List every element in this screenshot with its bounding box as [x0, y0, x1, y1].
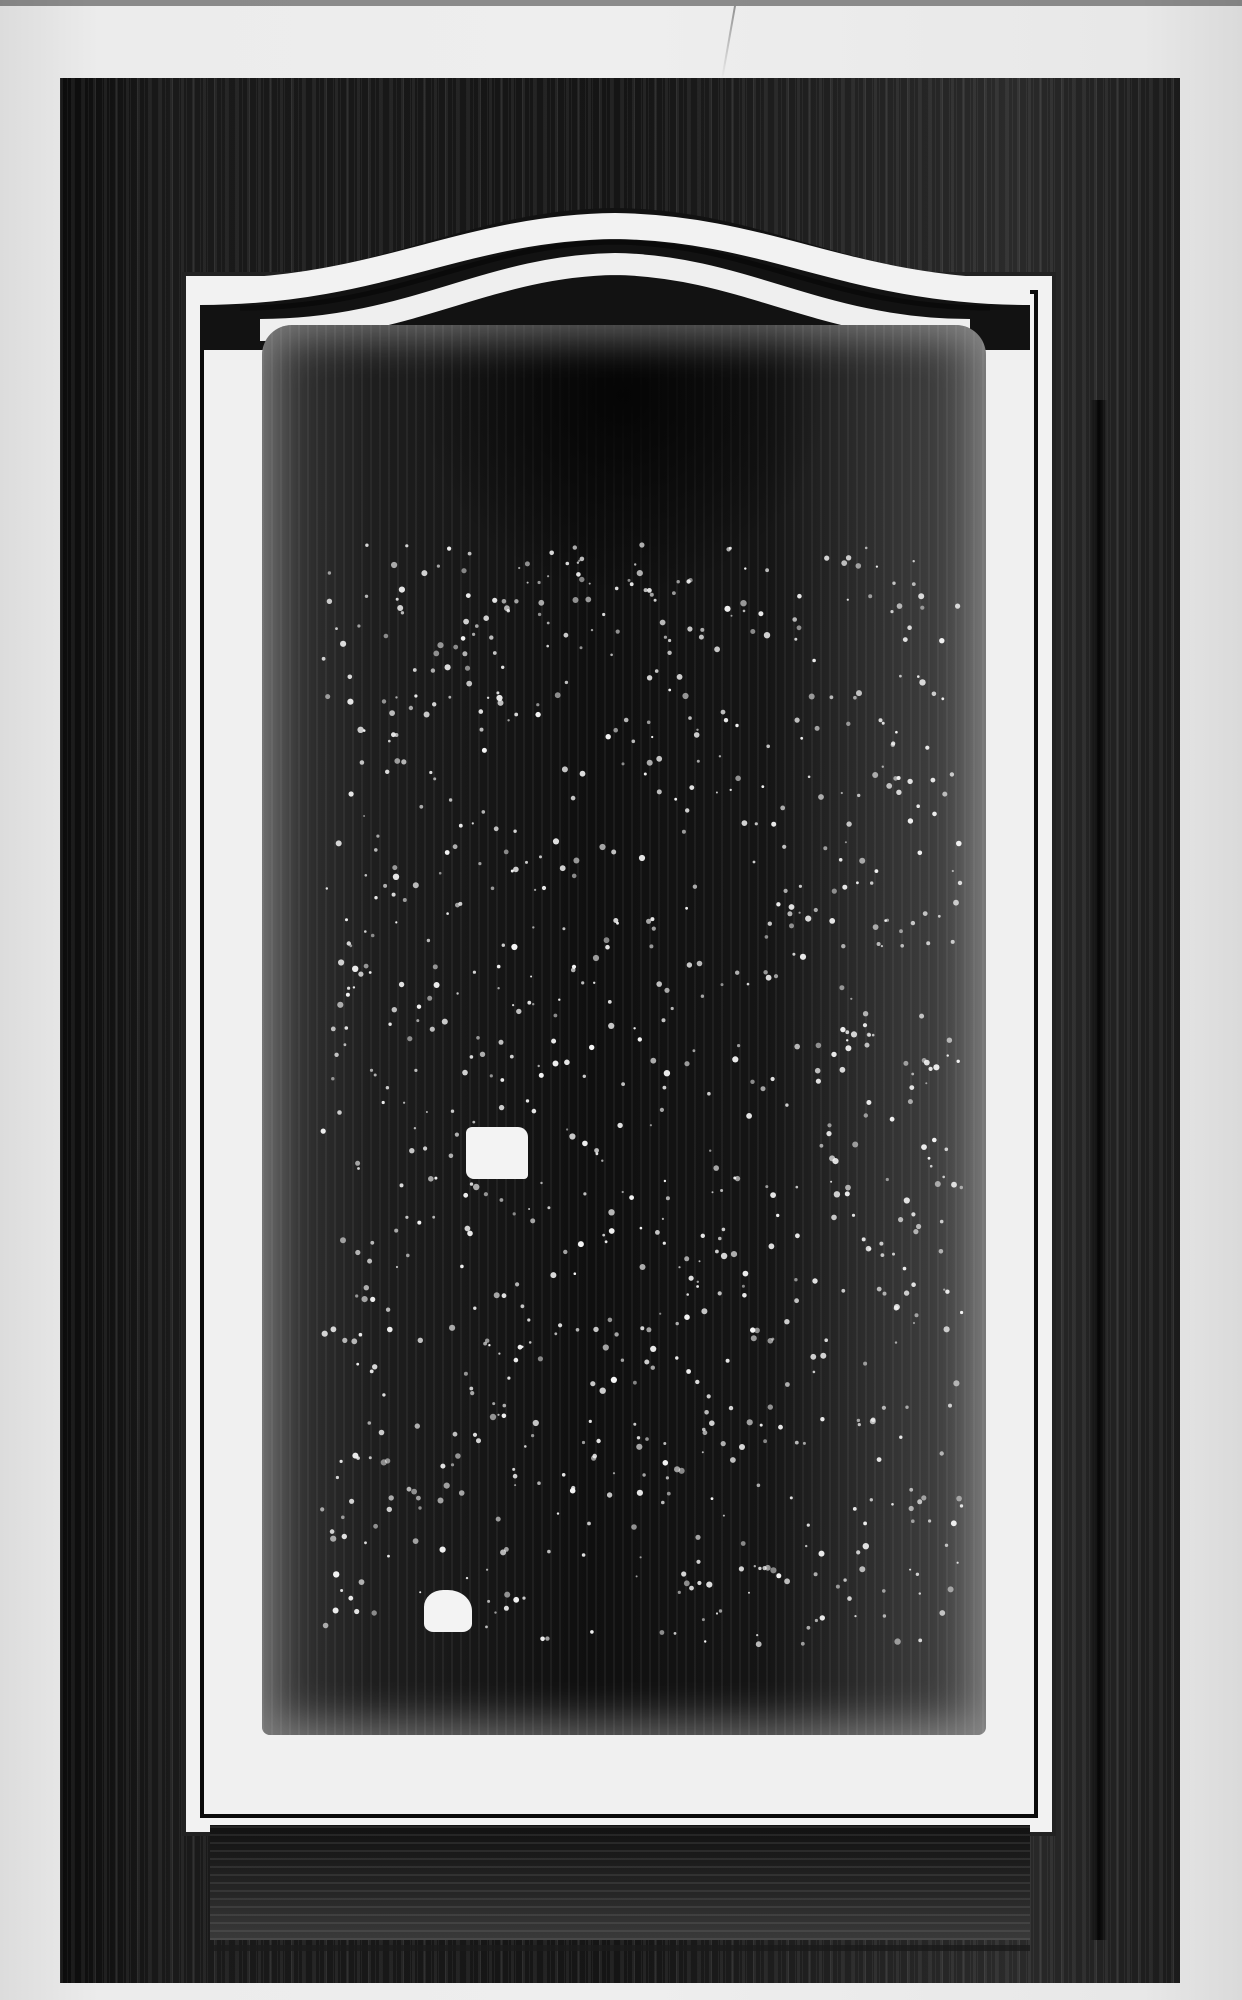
door-stile-shadow	[1090, 400, 1108, 1940]
paper-top-edge	[0, 0, 1242, 6]
bottom-rail-edge	[210, 1945, 1030, 1951]
bare-patch	[466, 1127, 528, 1179]
speckle-texture	[262, 325, 986, 1735]
bottom-rail	[210, 1825, 1030, 1940]
bare-patch	[424, 1590, 472, 1632]
